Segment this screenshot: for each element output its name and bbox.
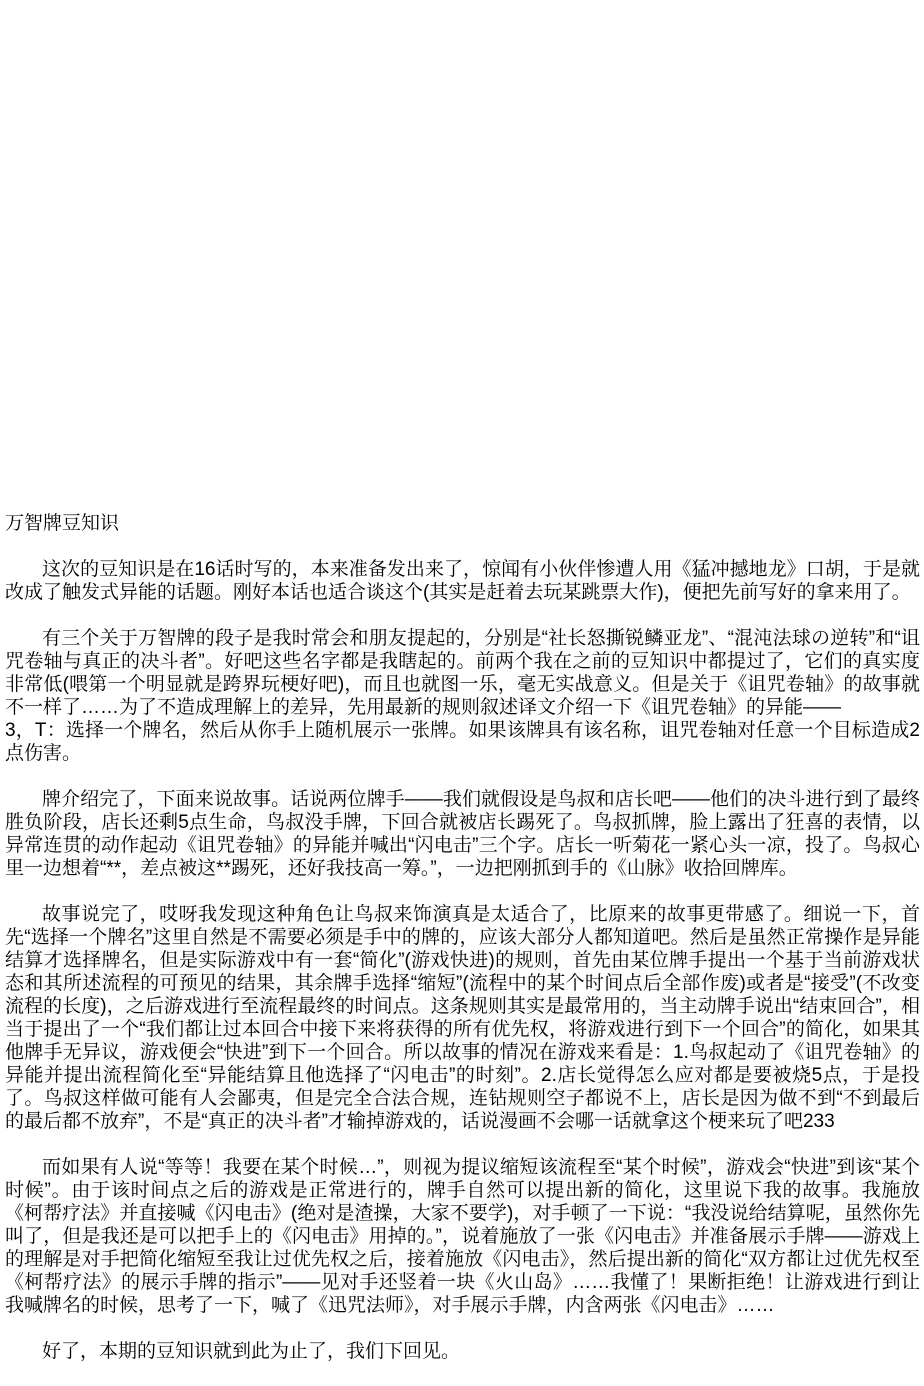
rules-analysis-paragraph: 故事说完了，哎呀我发现这种角色让鸟叔来饰演真是太适合了，比原来的故事更带感了。细… <box>5 903 920 1133</box>
personal-story-paragraph: 而如果有人说“等等！我要在某个时候…”，则视为提议缩短该流程至“某个时候”，游戏… <box>5 1156 920 1317</box>
document-body: 万智牌豆知识 这次的豆知识是在16话时写的，本来准备发出来了，惊闻有小伙伴惨遭人… <box>0 0 924 1386</box>
page-title: 万智牌豆知识 <box>5 512 920 535</box>
three-stories-paragraph: 有三个关于万智牌的段子是我时常会和朋友提起的，分别是“社长怒撕锐鳞亚龙”、“混沌… <box>5 627 920 719</box>
cursed-scroll-ability-text: 3，T：选择一个牌名，然后从你手上随机展示一张牌。如果该牌具有该名称，诅咒卷轴对… <box>5 719 920 765</box>
closing-paragraph: 好了，本期的豆知识就到此为止了，我们下回见。 <box>5 1340 920 1363</box>
story-paragraph: 牌介绍完了，下面来说故事。话说两位牌手——我们就假设是鸟叔和店长吧——他们的决斗… <box>5 788 920 880</box>
intro-paragraph: 这次的豆知识是在16话时写的，本来准备发出来了，惊闻有小伙伴惨遭人用《猛冲撼地龙… <box>5 558 920 604</box>
